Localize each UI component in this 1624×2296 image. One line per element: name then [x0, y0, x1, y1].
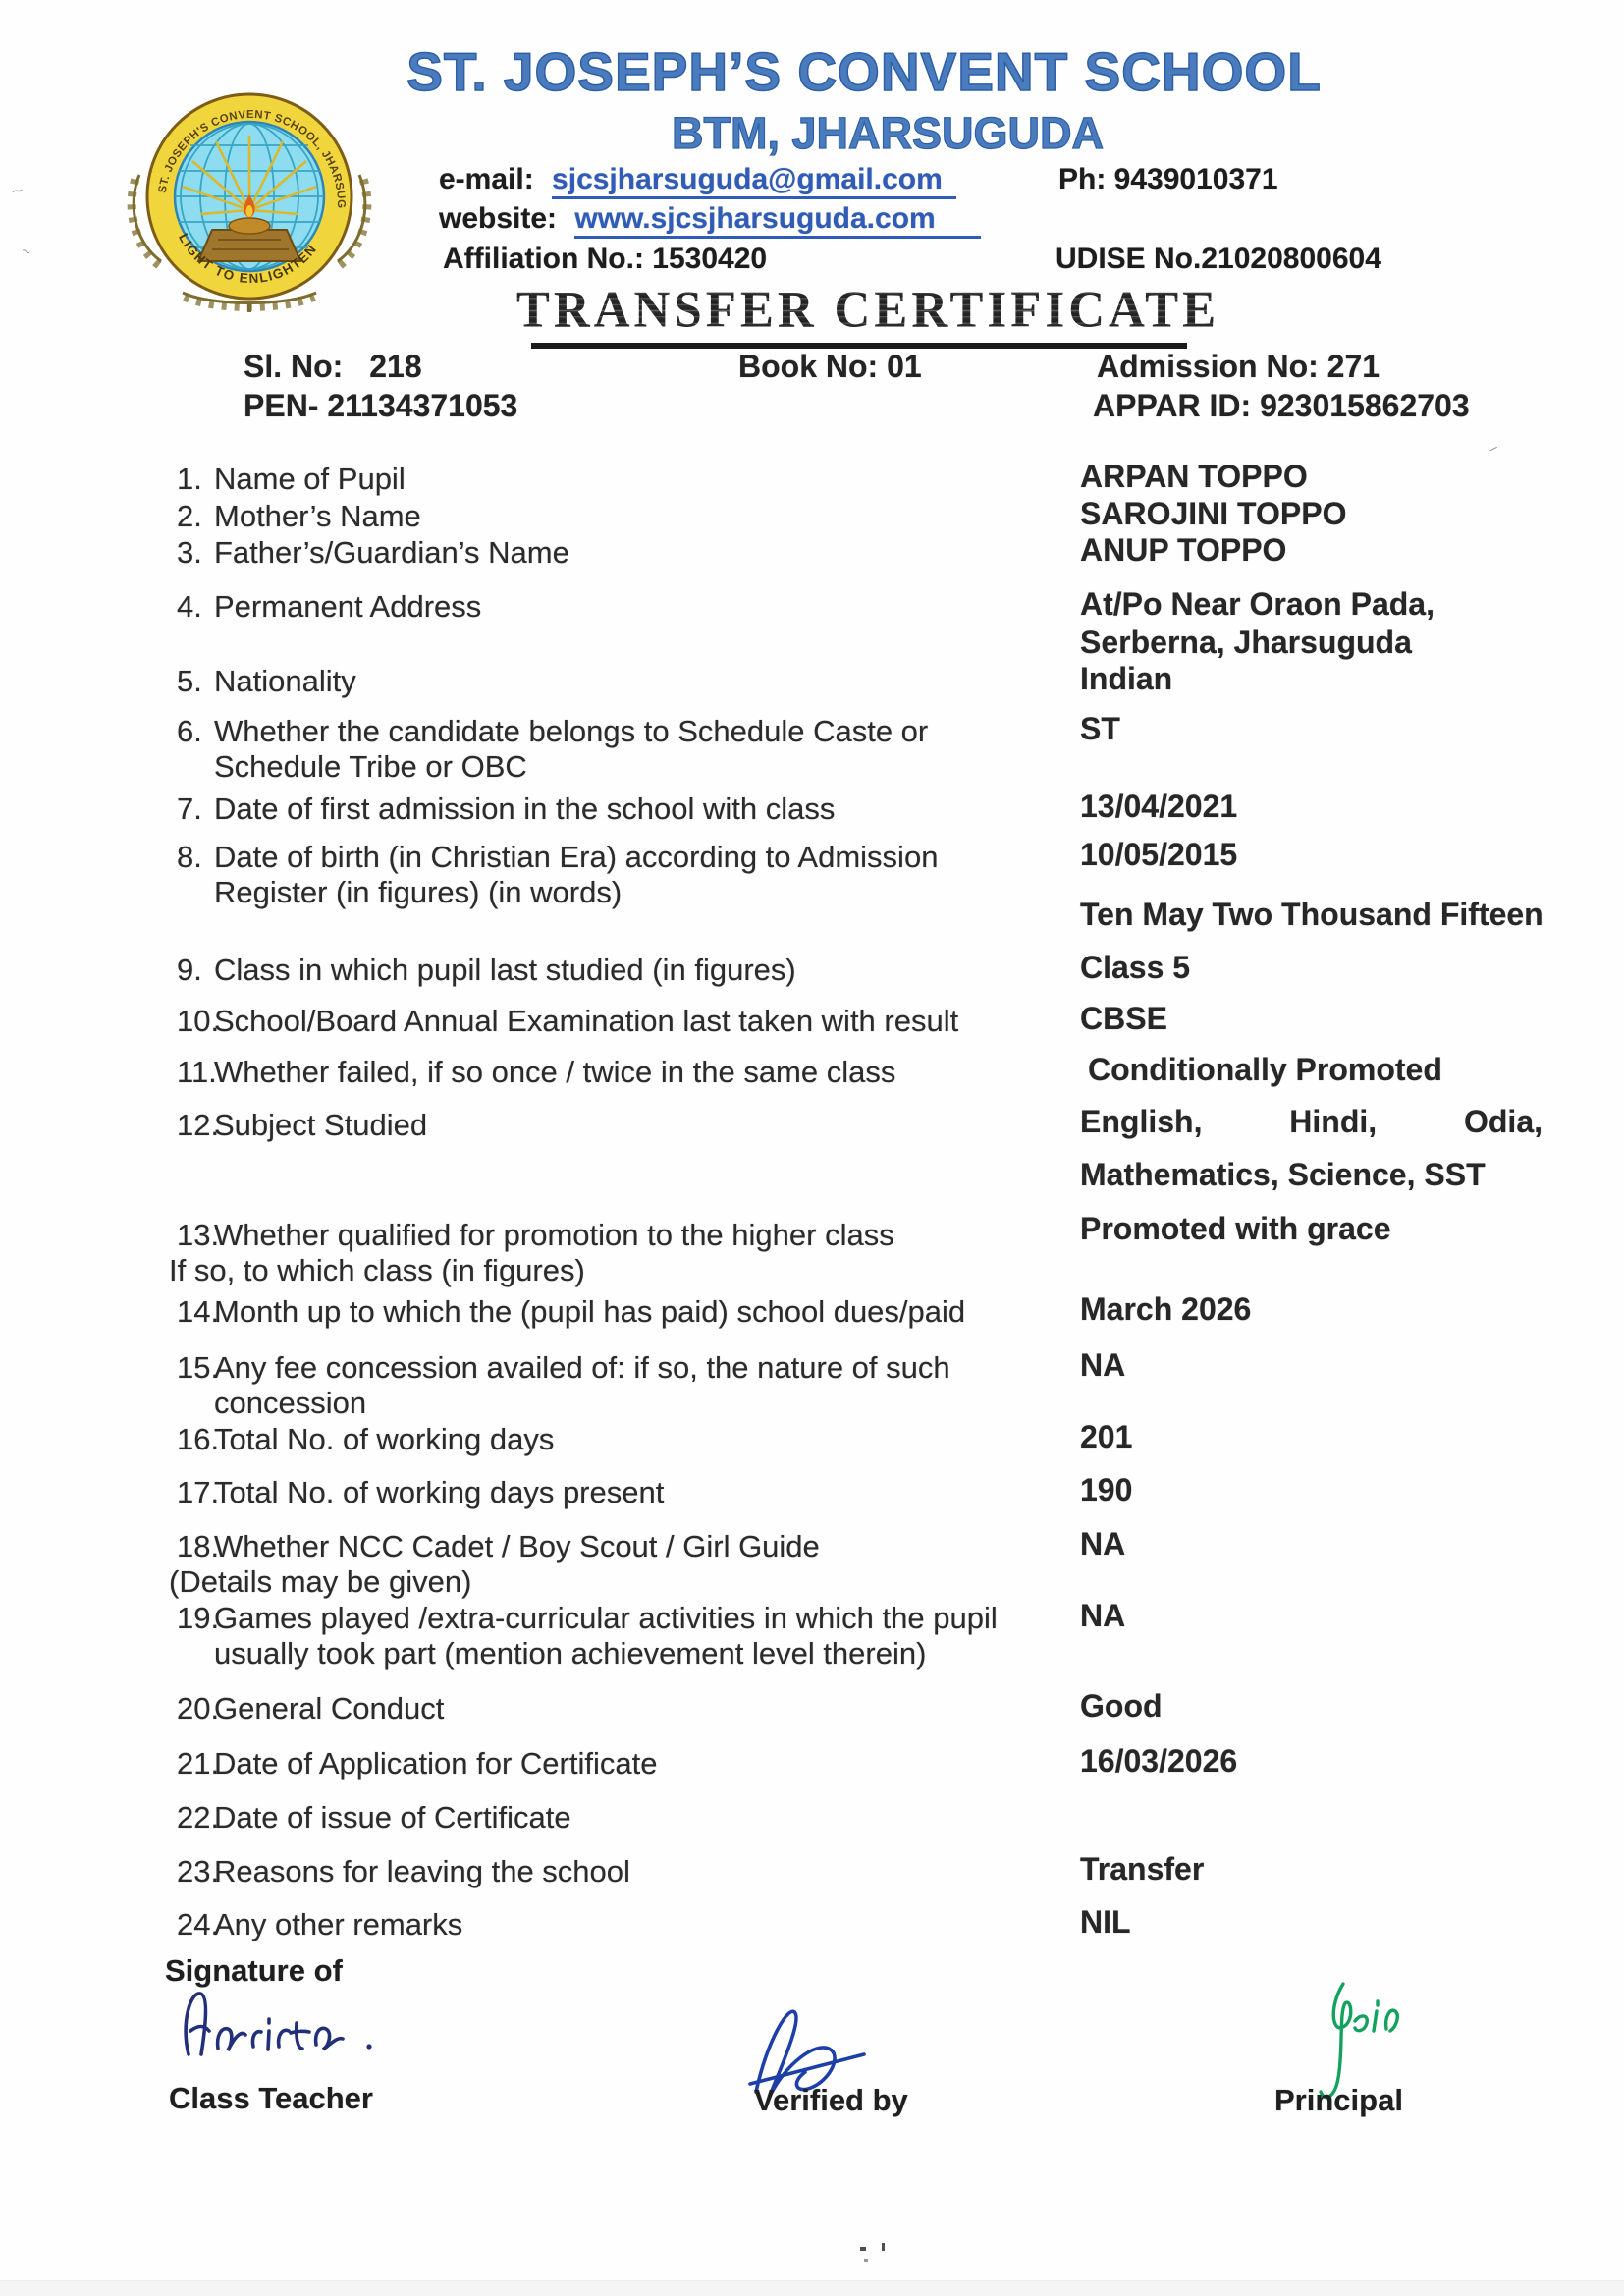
item-number: 20. — [177, 1691, 219, 1726]
principal-label: Principal — [1274, 2084, 1403, 2116]
item-value: Good — [1080, 1688, 1163, 1724]
appar-id: APPAR ID: 923015862703 — [1093, 389, 1470, 423]
item-label-line2: Register (in figures) (in words) — [214, 875, 622, 910]
item-number: 7. — [177, 792, 202, 827]
pen-no: PEN- 21134371053 — [244, 389, 517, 423]
item-number: 17. — [177, 1475, 219, 1510]
lamp-pedestal — [198, 230, 300, 261]
item-number: 4. — [177, 589, 202, 625]
website-value: www.sjcsjharsuguda.com — [574, 202, 980, 239]
item-value: ARPAN TOPPO — [1080, 459, 1308, 495]
item-label: Any fee concession availed of: if so, th… — [214, 1350, 950, 1386]
class-teacher-label: Class Teacher — [169, 2082, 373, 2114]
item-label: Reasons for leaving the school — [214, 1854, 630, 1889]
item-label: Month up to which the (pupil has paid) s… — [214, 1294, 965, 1330]
item-number: 2. — [177, 499, 202, 534]
item-value: Conditionally Promoted — [1088, 1052, 1442, 1088]
item-label: General Conduct — [214, 1691, 444, 1726]
item-label: Father’s/Guardian’s Name — [214, 535, 569, 571]
item-label: Class in which pupil last studied (in fi… — [214, 953, 796, 988]
item-value-line2: Mathematics, Science, SST — [1080, 1157, 1486, 1193]
item-value: 190 — [1080, 1472, 1132, 1508]
item-label: Date of Application for Certificate — [214, 1746, 657, 1781]
item-row-23: 23. Reasons for leaving the school Trans… — [0, 1854, 1624, 1893]
item-label: Date of issue of Certificate — [214, 1800, 571, 1835]
transfer-certificate-document: ST. JOSEPH'S CONVENT SCHOOL, JHARSUGUDA … — [0, 0, 1624, 2296]
item-row-5: 5. Nationality Indian — [0, 664, 1624, 703]
school-location: BTM, JHARSUGUDA — [151, 110, 1624, 158]
item-number: 1. — [177, 462, 202, 497]
affiliation-no: Affiliation No.: 1530420 — [443, 244, 767, 275]
item-row-2: 2. Mother’s Name SAROJINI TOPPO — [0, 499, 1624, 538]
signature-of-label: Signature of — [165, 1954, 343, 1987]
item-row-14: 14. Month up to which the (pupil has pai… — [0, 1294, 1624, 1334]
item-row-12: 12. Subject Studied English, Hindi, Odia… — [0, 1108, 1624, 1147]
item-value-line2: Serberna, Jharsuguda — [1080, 625, 1412, 661]
item-value: 201 — [1080, 1419, 1132, 1455]
item-label: Whether the candidate belongs to Schedul… — [214, 714, 928, 749]
sl-no: Sl. No: 218 — [244, 350, 422, 384]
item-value: NA — [1080, 1347, 1125, 1384]
certificate-title: TRANSFER CERTIFICATE — [112, 283, 1624, 339]
class-teacher-signature — [177, 1984, 403, 2064]
item-value: 16/03/2026 — [1080, 1743, 1237, 1779]
item-row-20: 20. General Conduct Good — [0, 1691, 1624, 1730]
item-number: 15. — [177, 1350, 219, 1386]
item-number: 10. — [177, 1004, 219, 1039]
item-value: 10/05/2015 — [1080, 837, 1237, 873]
item-label: Whether NCC Cadet / Boy Scout / Girl Gui… — [214, 1529, 820, 1564]
item-value: March 2026 — [1080, 1291, 1251, 1328]
item-row-4: 4. Permanent Address At/Po Near Oraon Pa… — [0, 589, 1624, 629]
item-row-8: 8. Date of birth (in Christian Era) acco… — [0, 840, 1624, 879]
scan-artifact: ~ — [10, 180, 26, 204]
item-label-line2: concession — [214, 1386, 366, 1421]
item-number: 3. — [177, 535, 202, 571]
item-label: Nationality — [214, 664, 356, 699]
lamp-bowl — [229, 218, 270, 234]
item-number: 22. — [177, 1800, 219, 1835]
item-value: ANUP TOPPO — [1080, 532, 1286, 569]
item-row-22: 22. Date of issue of Certificate — [0, 1800, 1624, 1839]
item-value: NA — [1080, 1598, 1125, 1634]
item-label: Any other remarks — [214, 1907, 462, 1942]
item-number: 9. — [177, 953, 202, 988]
item-label: Name of Pupil — [214, 462, 406, 497]
item-label: Date of birth (in Christian Era) accordi… — [214, 840, 938, 875]
item-number: 11. — [177, 1055, 217, 1090]
item-label: Total No. of working days present — [214, 1475, 664, 1510]
subject-word: Hindi, — [1289, 1104, 1377, 1140]
item-value: Transfer — [1080, 1851, 1204, 1887]
item-row-18: 18. Whether NCC Cadet / Boy Scout / Girl… — [0, 1529, 1624, 1568]
scan-speck — [860, 2247, 866, 2251]
phone: Ph: 9439010371 — [1058, 164, 1278, 195]
subject-word: English, — [1080, 1104, 1202, 1140]
item-number: 5. — [177, 664, 202, 699]
item-row-19: 19. Games played /extra-curricular activ… — [0, 1601, 1624, 1640]
email-value: sjcsjharsuguda@gmail.com — [552, 163, 956, 199]
item-value: Promoted with grace — [1080, 1211, 1391, 1247]
item-number: 16. — [177, 1422, 219, 1457]
item-value: 13/04/2021 — [1080, 789, 1237, 825]
item-label: Subject Studied — [214, 1108, 427, 1143]
item-value: NA — [1080, 1526, 1125, 1562]
item-row-10: 10. School/Board Annual Examination last… — [0, 1004, 1624, 1043]
item-label: Mother’s Name — [214, 499, 421, 534]
scan-speck — [864, 2259, 868, 2262]
item-label: Date of first admission in the school wi… — [214, 792, 835, 827]
admission-no: Admission No: 271 — [1097, 350, 1380, 384]
subject-word: Odia, — [1464, 1104, 1543, 1140]
school-name: ST. JOSEPH’S CONVENT SCHOOL — [104, 43, 1624, 101]
item-row-13: 13. Whether qualified for promotion to t… — [0, 1218, 1624, 1257]
scan-edge-strip — [0, 2280, 1624, 2296]
item-label: Whether qualified for promotion to the h… — [214, 1218, 894, 1253]
item-label: Total No. of working days — [214, 1422, 554, 1457]
email-label: e-mail: — [439, 163, 534, 195]
item-label-line2: usually took part (mention achievement l… — [214, 1636, 926, 1671]
item-label-line2: If so, to which class (in figures) — [169, 1253, 585, 1288]
website-row: website: www.sjcsjharsuguda.com — [439, 203, 981, 235]
sl-no-label: Sl. No: — [244, 349, 343, 384]
item-row-9: 9. Class in which pupil last studied (in… — [0, 953, 1624, 992]
item-label: School/Board Annual Examination last tak… — [214, 1004, 958, 1039]
scan-artifact: ~ — [19, 243, 33, 261]
sl-no-value: 218 — [369, 349, 421, 384]
scan-speck — [882, 2243, 885, 2251]
item-value: English, Hindi, Odia, — [1080, 1104, 1543, 1140]
lamp-flame-core — [246, 205, 253, 217]
item-row-17: 17. Total No. of working days present 19… — [0, 1475, 1624, 1514]
item-number: 8. — [177, 840, 202, 875]
item-number: 19. — [177, 1601, 219, 1636]
item-row-1: 1. Name of Pupil ARPAN TOPPO — [0, 462, 1624, 501]
email-row: e-mail: sjcsjharsuguda@gmail.com — [439, 164, 956, 195]
verified-by-label: Verified by — [754, 2084, 908, 2116]
item-number: 24. — [177, 1907, 219, 1942]
scan-artifact: ⸍ — [1486, 439, 1500, 464]
item-row-7: 7. Date of first admission in the school… — [0, 792, 1624, 831]
item-number: 12. — [177, 1108, 219, 1143]
item-number: 6. — [177, 714, 202, 749]
item-label-line2: Schedule Tribe or OBC — [214, 749, 527, 785]
item-row-11: 11. Whether failed, if so once / twice i… — [0, 1055, 1624, 1094]
item-number: 23. — [177, 1854, 219, 1889]
item-row-24: 24. Any other remarks NIL — [0, 1907, 1624, 1946]
item-value: SAROJINI TOPPO — [1080, 496, 1346, 532]
item-value: CBSE — [1080, 1001, 1167, 1037]
item-value: ST — [1080, 711, 1120, 747]
item-value: Class 5 — [1080, 950, 1190, 986]
item-value: Indian — [1080, 661, 1172, 697]
item-label: Whether failed, if so once / twice in th… — [214, 1055, 895, 1090]
item-number: 14. — [177, 1294, 219, 1330]
item-number: 13. — [177, 1218, 219, 1253]
item-label-line2: (Details may be given) — [169, 1564, 471, 1600]
item-number: 18. — [177, 1529, 219, 1564]
item-row-15: 15. Any fee concession availed of: if so… — [0, 1350, 1624, 1390]
item-row-3: 3. Father’s/Guardian’s Name ANUP TOPPO — [0, 535, 1624, 574]
book-no: Book No: 01 — [738, 350, 922, 384]
item-number: 21. — [177, 1746, 219, 1781]
item-label: Games played /extra-curricular activitie… — [214, 1601, 998, 1636]
item-row-6: 6. Whether the candidate belongs to Sche… — [0, 714, 1624, 753]
item-value: NIL — [1080, 1904, 1131, 1941]
item-value: At/Po Near Oraon Pada, — [1080, 586, 1435, 623]
item-value-line2: Ten May Two Thousand Fifteen — [1080, 897, 1543, 933]
item-row-16: 16. Total No. of working days 201 — [0, 1422, 1624, 1461]
website-label: website: — [439, 202, 557, 235]
item-row-21: 21. Date of Application for Certificate … — [0, 1746, 1624, 1785]
item-label: Permanent Address — [214, 589, 481, 625]
udise-no: UDISE No.21020800604 — [1056, 244, 1381, 275]
